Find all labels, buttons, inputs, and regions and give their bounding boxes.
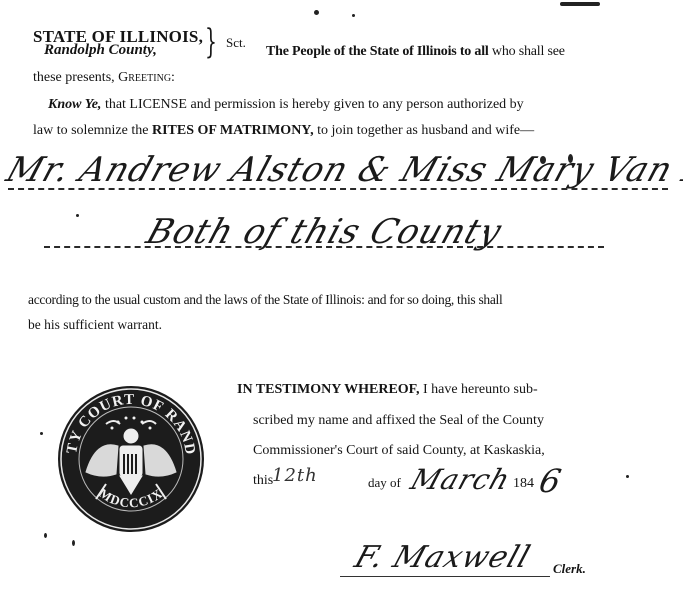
names-underline (8, 188, 668, 190)
license-text: that LICENSE and permission is hereby gi… (101, 97, 523, 112)
marriage-license-document: STATE OF ILLINOIS, Randolph County, } Sc… (0, 0, 683, 600)
scan-speck (540, 156, 546, 164)
testimony-tail: I have hereunto sub- (419, 382, 537, 397)
greeting-prefix: these presents, (33, 70, 118, 85)
address-line: The People of the State of Illinois to a… (266, 44, 565, 60)
testimony-line-1: IN TESTIMONY WHEREOF, I have hereunto su… (237, 382, 538, 398)
handwritten-names: Mr. Andrew Alston & Miss Mary Van Bount (2, 150, 683, 190)
bracket-brace: } (205, 25, 217, 59)
according-line: according to the usual custom and the la… (28, 292, 502, 308)
sct-abbrev: Sct. (226, 35, 246, 51)
scan-speck (560, 2, 600, 6)
scan-speck (352, 14, 355, 17)
scan-speck (568, 154, 573, 163)
testimony-line-2: scribed my name and affixed the Seal of … (253, 413, 544, 429)
license-line: Know Ye, that LICENSE and permission is … (48, 97, 524, 113)
law-line: law to solemnize the RITES OF MATRIMONY,… (33, 123, 534, 139)
rites-text: RITES OF MATRIMONY, (152, 123, 314, 138)
scan-speck (626, 475, 629, 478)
greeting-line: these presents, Greeting: (33, 70, 175, 86)
signature-line (340, 576, 550, 577)
testimony-line-3: Commissioner's Court of said County, at … (253, 443, 545, 459)
clerk-signature: F. Maxwell (350, 540, 535, 575)
scan-speck (76, 214, 79, 217)
scan-speck (44, 533, 47, 538)
warrant-line: be his sufficient warrant. (28, 317, 162, 333)
day-of-label: day of (368, 475, 401, 491)
testimony-lead: IN TESTIMONY WHEREOF, (237, 382, 419, 397)
address-tail: who shall see (492, 44, 565, 59)
scan-speck (72, 540, 75, 546)
scan-speck (484, 230, 488, 234)
residence-underline (44, 246, 604, 248)
law-suffix: to join together as husband and wife— (314, 123, 534, 138)
county-heading: Randolph County, (44, 42, 157, 59)
handwritten-year-digit: 6 (536, 462, 565, 500)
year-prefix: 184 (513, 476, 534, 492)
know-ye: Know Ye, (48, 97, 101, 112)
clerk-title: Clerk. (553, 561, 586, 577)
county-seal-icon: COUNTY COURT OF RANDOLPH MDCCCIX (56, 384, 206, 534)
handwritten-day: 12th (272, 465, 318, 486)
handwritten-month: March (407, 463, 515, 496)
scan-speck (40, 432, 43, 435)
law-prefix: law to solemnize the (33, 123, 152, 138)
greeting-word: Greeting: (118, 70, 175, 85)
this-word: this (253, 473, 273, 489)
scan-speck (314, 10, 319, 15)
address-text: The People of the State of Illinois to a… (266, 44, 489, 59)
